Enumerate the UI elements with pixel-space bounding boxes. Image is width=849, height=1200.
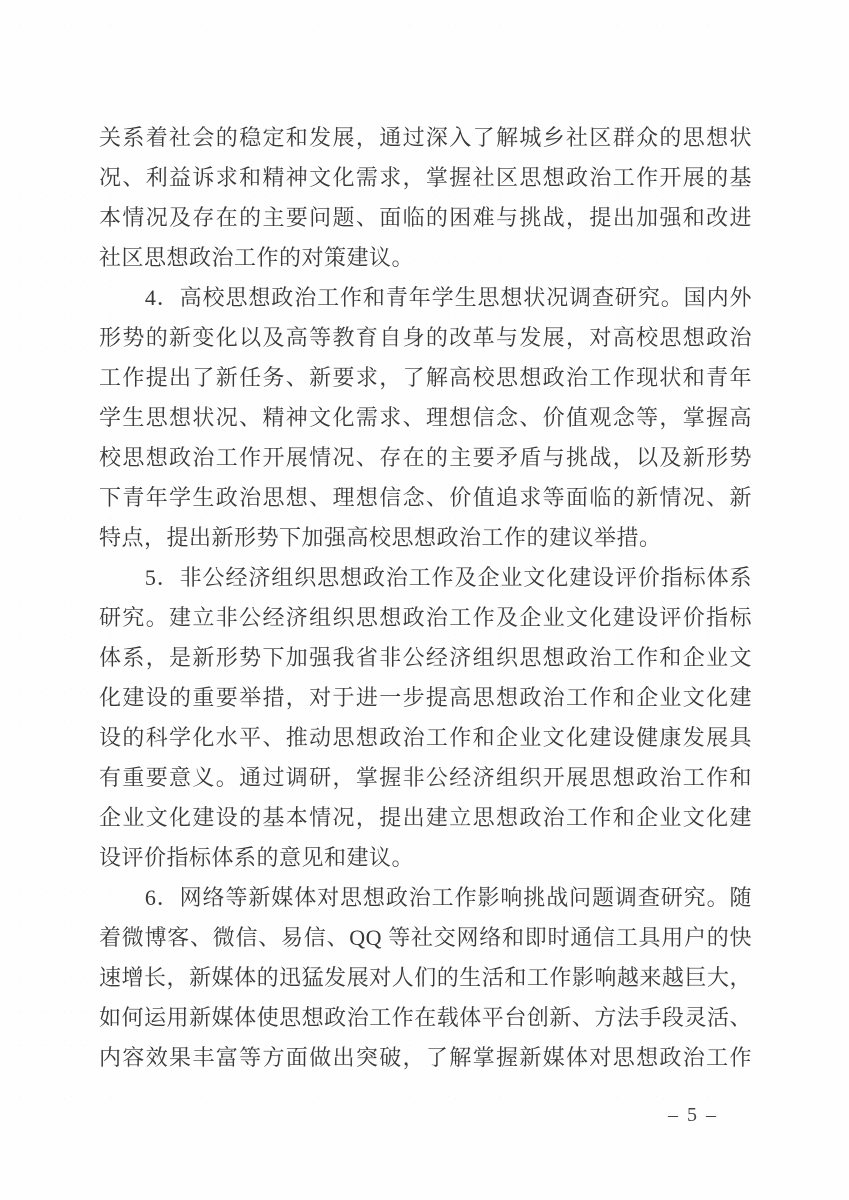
text-line: 4．高校思想政治工作和青年学生思想状况调查研究。国内外 bbox=[99, 278, 752, 318]
text-line: 内容效果丰富等方面做出突破，了解掌握新媒体对思想政治工作 bbox=[99, 1038, 752, 1078]
text-line: 有重要意义。通过调研，掌握非公经济组织开展思想政治工作和 bbox=[99, 758, 752, 798]
paragraph: 关系着社会的稳定和发展，通过深入了解城乡社区群众的思想状 况、利益诉求和精神文化… bbox=[99, 118, 752, 278]
text-line: 设评价指标体系的意见和建议。 bbox=[99, 838, 752, 878]
document-body: 关系着社会的稳定和发展，通过深入了解城乡社区群众的思想状 况、利益诉求和精神文化… bbox=[99, 118, 752, 1078]
page-number: – 5 – bbox=[668, 1102, 718, 1128]
text-line: 企业文化建设的基本情况，提出建立思想政治工作和企业文化建 bbox=[99, 798, 752, 838]
text-line: 着微博客、微信、易信、QQ 等社交网络和即时通信工具用户的快 bbox=[99, 918, 752, 958]
text-line: 如何运用新媒体使思想政治工作在载体平台创新、方法手段灵活、 bbox=[99, 998, 752, 1038]
paragraph: 5．非公经济组织思想政治工作及企业文化建设评价指标体系 研究。建立非公经济组织思… bbox=[99, 558, 752, 878]
text-line: 化建设的重要举措，对于进一步提高思想政治工作和企业文化建 bbox=[99, 678, 752, 718]
paragraph: 4．高校思想政治工作和青年学生思想状况调查研究。国内外 形势的新变化以及高等教育… bbox=[99, 278, 752, 558]
text-line: 体系，是新形势下加强我省非公经济组织思想政治工作和企业文 bbox=[99, 638, 752, 678]
text-line: 形势的新变化以及高等教育自身的改革与发展，对高校思想政治 bbox=[99, 318, 752, 358]
text-line: 校思想政治工作开展情况、存在的主要矛盾与挑战，以及新形势 bbox=[99, 438, 752, 478]
text-line: 5．非公经济组织思想政治工作及企业文化建设评价指标体系 bbox=[99, 558, 752, 598]
text-line: 工作提出了新任务、新要求，了解高校思想政治工作现状和青年 bbox=[99, 358, 752, 398]
text-line: 学生思想状况、精神文化需求、理想信念、价值观念等，掌握高 bbox=[99, 398, 752, 438]
paragraph: 6．网络等新媒体对思想政治工作影响挑战问题调查研究。随 着微博客、微信、易信、Q… bbox=[99, 878, 752, 1078]
text-line: 6．网络等新媒体对思想政治工作影响挑战问题调查研究。随 bbox=[99, 878, 752, 918]
text-line: 关系着社会的稳定和发展，通过深入了解城乡社区群众的思想状 bbox=[99, 118, 752, 158]
text-line: 下青年学生政治思想、理想信念、价值追求等面临的新情况、新 bbox=[99, 478, 752, 518]
text-line: 设的科学化水平、推动思想政治工作和企业文化建设健康发展具 bbox=[99, 718, 752, 758]
text-line: 况、利益诉求和精神文化需求，掌握社区思想政治工作开展的基 bbox=[99, 158, 752, 198]
text-line: 本情况及存在的主要问题、面临的困难与挑战，提出加强和改进 bbox=[99, 198, 752, 238]
text-line: 社区思想政治工作的对策建议。 bbox=[99, 238, 752, 278]
document-page: 关系着社会的稳定和发展，通过深入了解城乡社区群众的思想状 况、利益诉求和精神文化… bbox=[0, 0, 849, 1200]
text-line: 速增长，新媒体的迅猛发展对人们的生活和工作影响越来越巨大， bbox=[99, 958, 752, 998]
text-line: 特点，提出新形势下加强高校思想政治工作的建议举措。 bbox=[99, 518, 752, 558]
text-line: 研究。建立非公经济组织思想政治工作及企业文化建设评价指标 bbox=[99, 598, 752, 638]
